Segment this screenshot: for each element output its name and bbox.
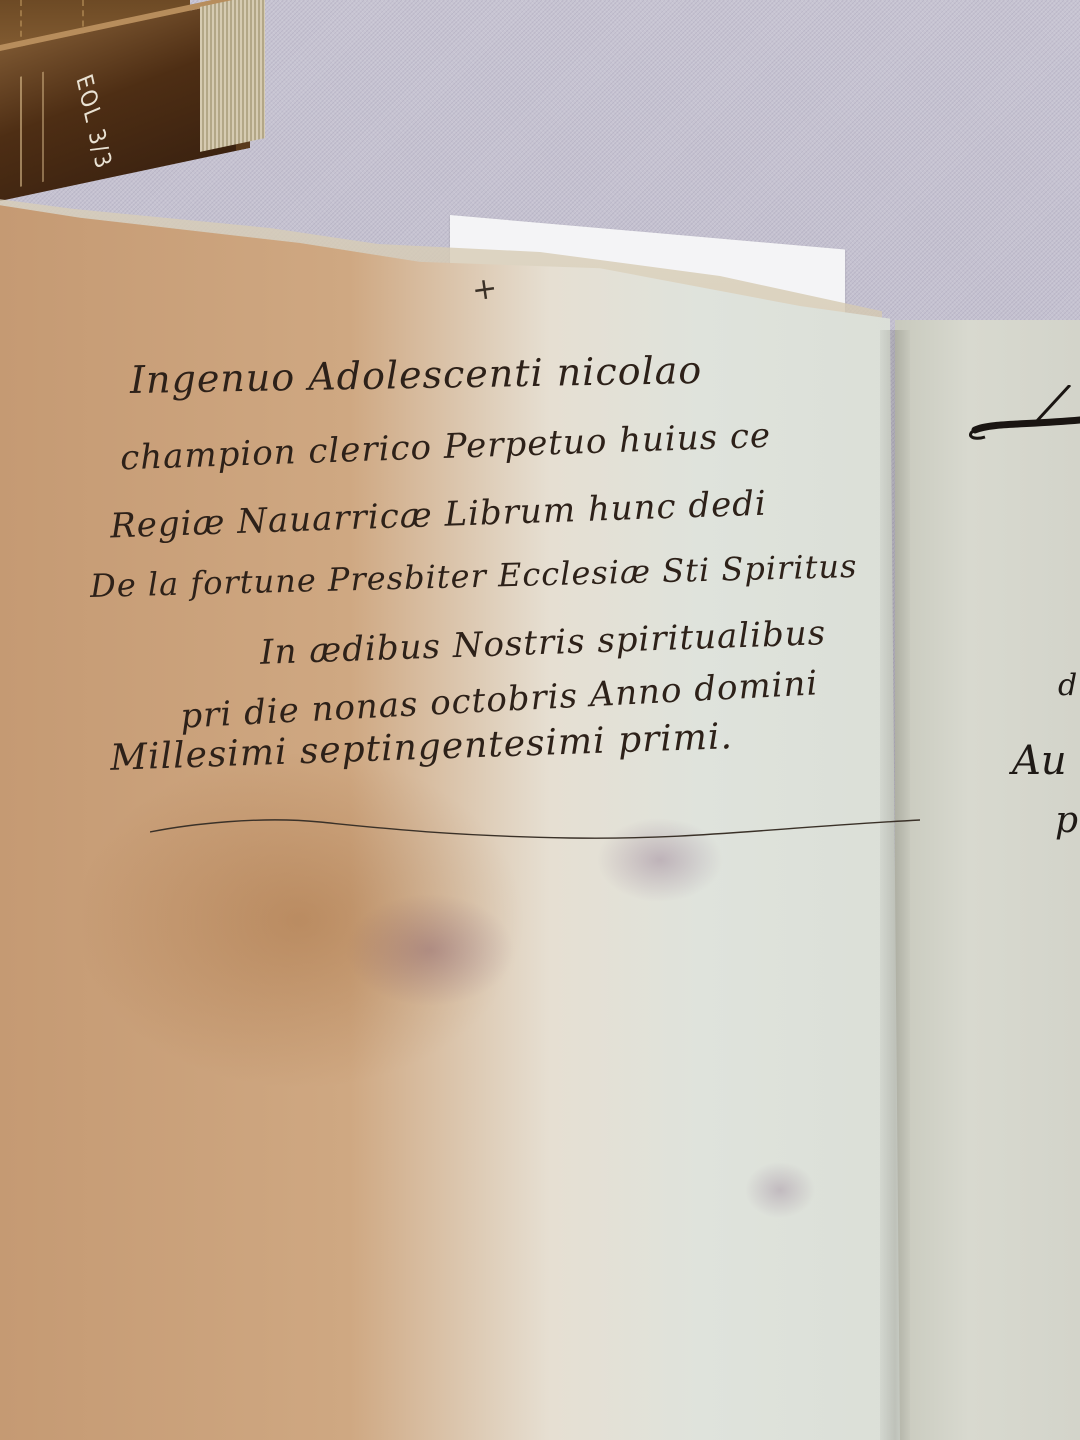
underline-rule xyxy=(150,818,920,846)
facing-page-fragment-3: p xyxy=(1055,800,1078,841)
spine-shelfmark: EOL 3/3 xyxy=(71,71,116,175)
facing-page-fragment-1: d xyxy=(1058,668,1077,703)
spine-bands xyxy=(20,72,44,187)
decorative-letter-flourish xyxy=(965,385,1080,445)
stacked-books: EOL 3/3 xyxy=(0,0,270,200)
facing-title-page xyxy=(895,320,1080,1440)
page-edges xyxy=(200,0,265,152)
book-gutter xyxy=(880,330,910,1440)
facing-page-fragment-2: Au xyxy=(1012,738,1067,784)
cross-mark: + xyxy=(470,270,500,308)
